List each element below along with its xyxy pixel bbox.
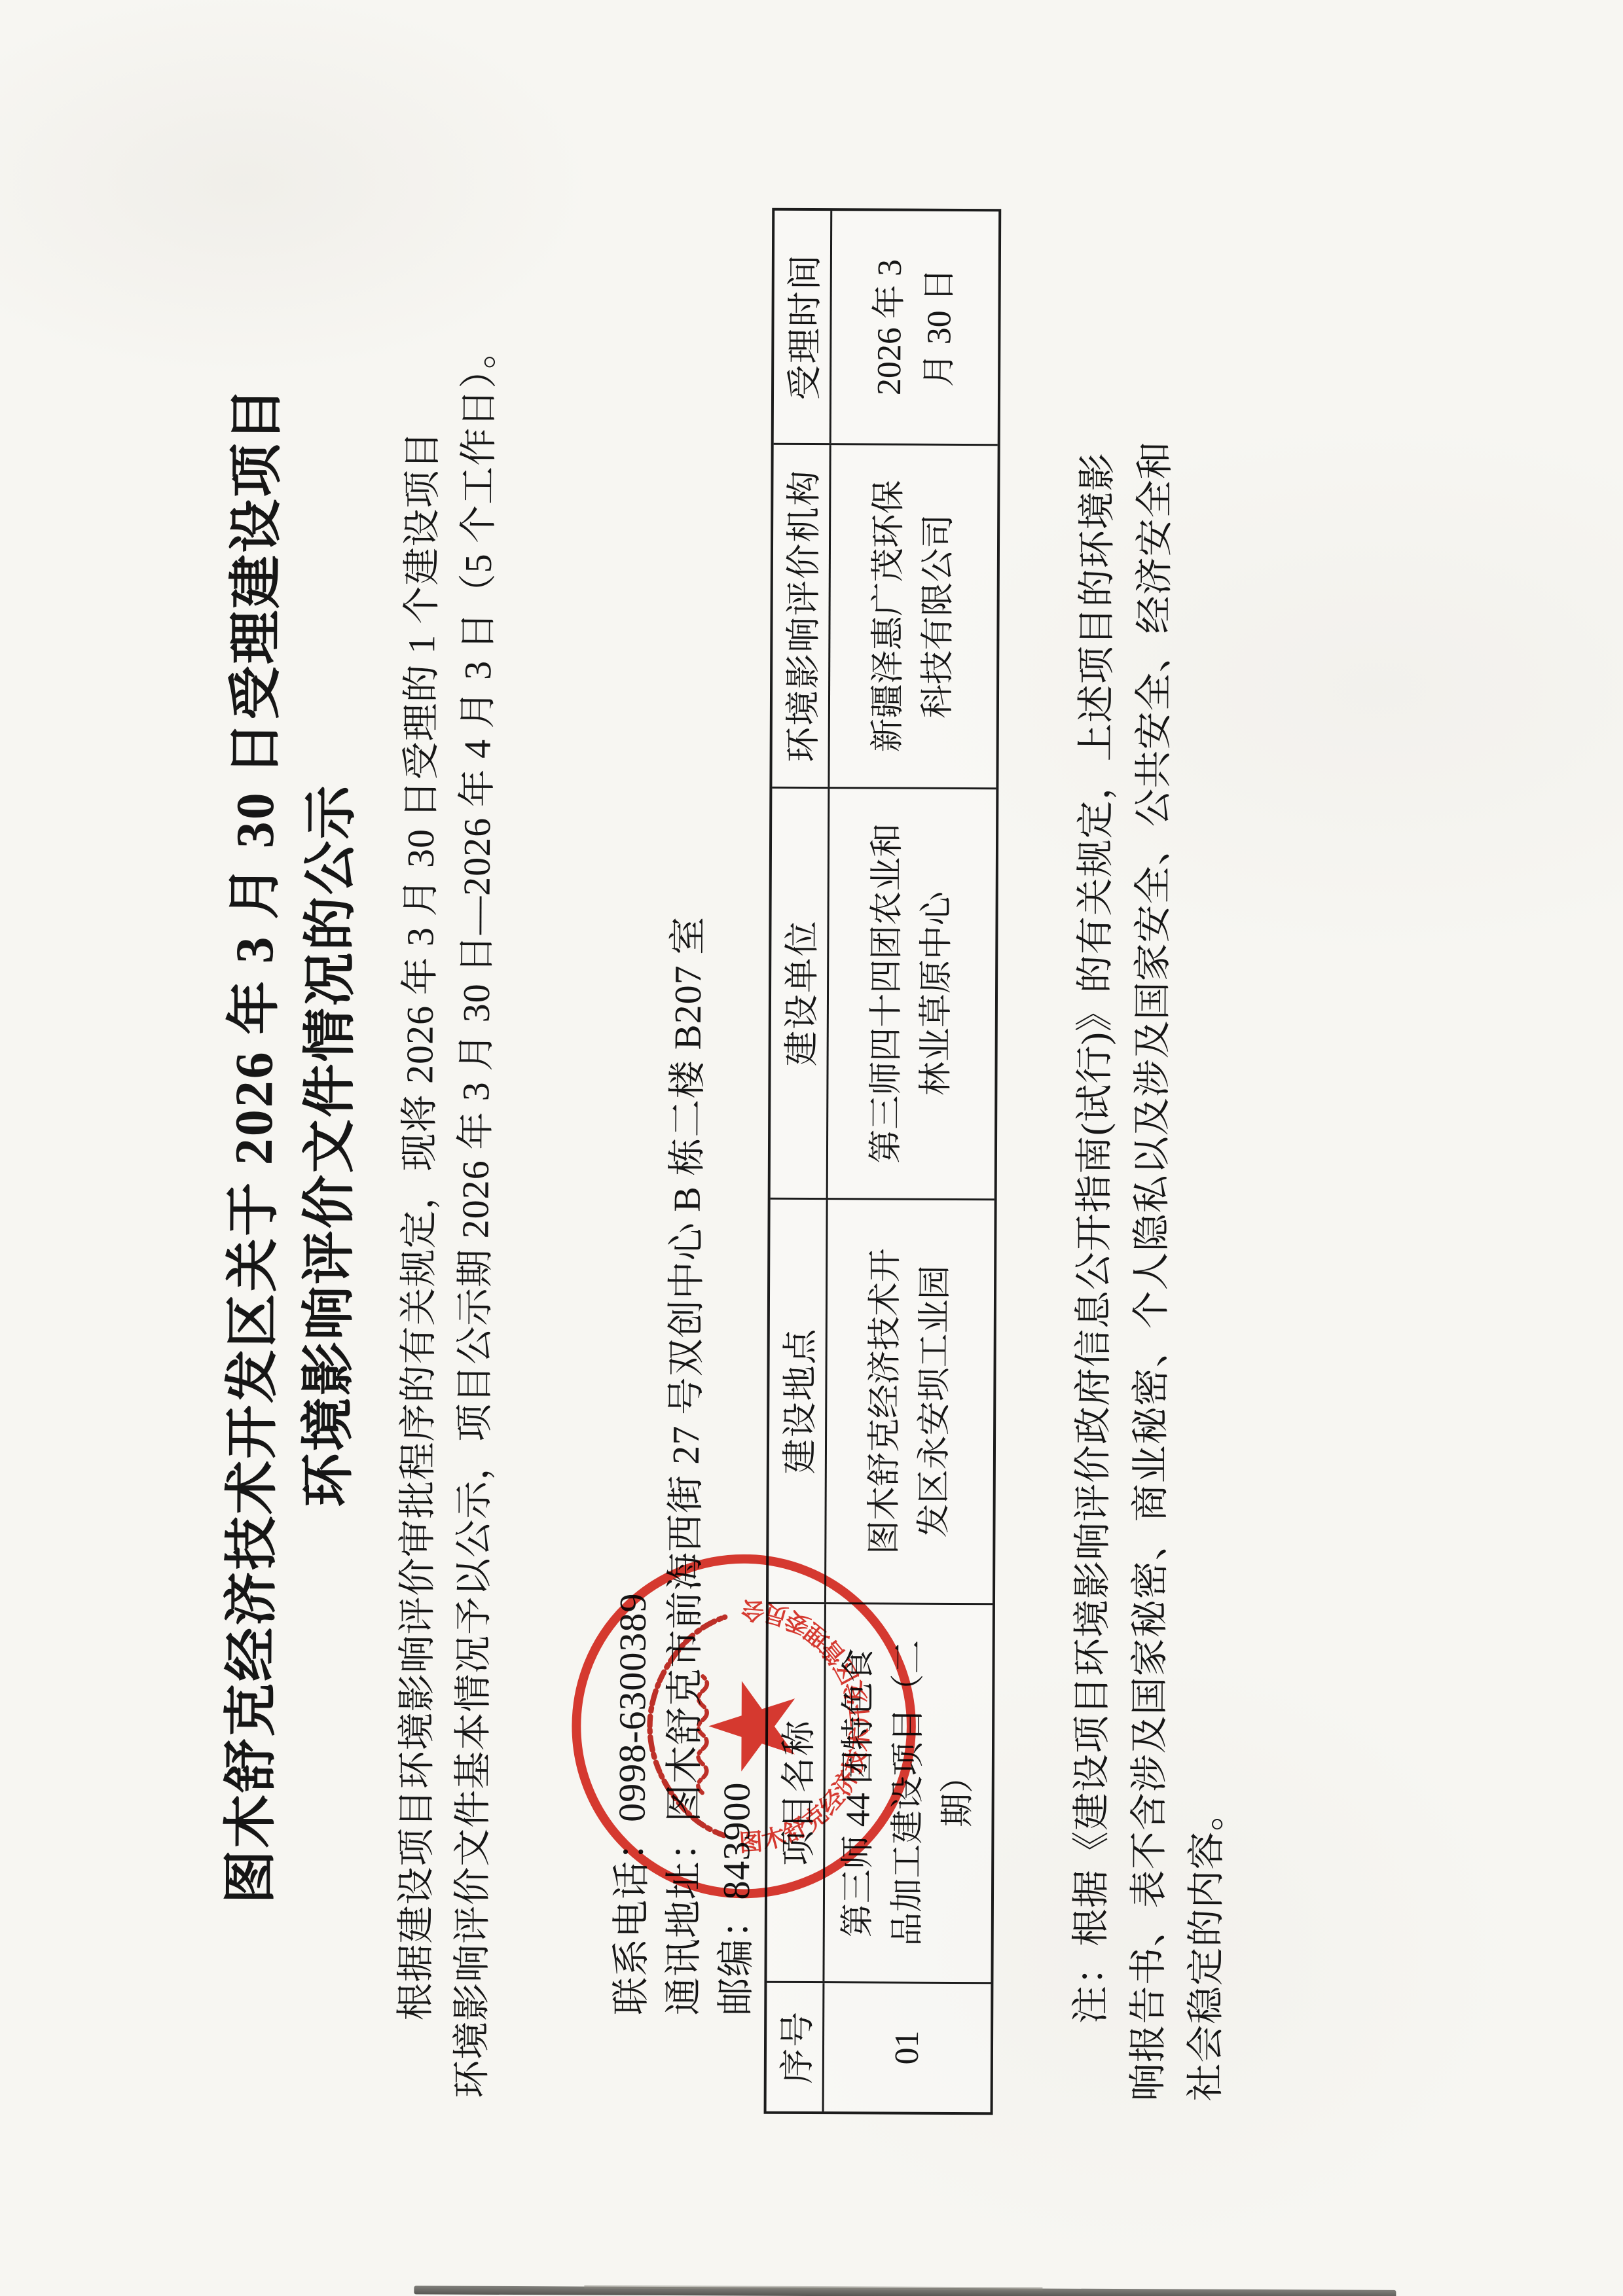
document-content: 图木舒克经济技术开发区关于 2026 年 3 月 30 日受理建设项目 环境影响…: [0, 0, 1623, 2296]
cell-line: 新疆泽惠广茂环保: [864, 480, 915, 752]
seal-script-line: [698, 1676, 707, 1793]
table-cell: 第三师四十四团农业和 林业草原中心: [828, 789, 996, 1198]
scanned-notice-page: { "doc": { "title_line1": "图木舒克经济技术开发区关于…: [0, 0, 1623, 2296]
table-cell: 2026 年 3 月 30 日: [831, 211, 999, 444]
cell-line: 第三师四十四团农业和: [862, 823, 913, 1164]
note-line1: 注：根据《建设项目环境影响评价政府信息公开指南(试行)》的有关规定，上述项目的环…: [1062, 177, 1128, 2101]
cell-line: 月 30 日: [915, 268, 965, 387]
cell-line: 2026 年 3: [865, 259, 915, 395]
notice-title-line1: 图木舒克经济技术开发区关于 2026 年 3 月 30 日受理建设项目: [206, 160, 291, 2130]
cell-line: 林业草原中心: [911, 891, 962, 1096]
table-cell: 新疆泽惠广茂环保 科技有限公司: [830, 445, 997, 787]
note-paragraph: 注：根据《建设项目环境影响评价政府信息公开指南(试行)》的有关规定，上述项目的环…: [1062, 177, 1243, 2102]
cell-line: 期）: [933, 1759, 983, 1827]
cell-line: 01: [883, 2030, 932, 2064]
note-line2: 响报告书、表不含涉及国家秘密、商业秘密、个人隐私以及涉及国家安全、公共安全、经济…: [1120, 177, 1186, 2101]
star-icon: [708, 1681, 795, 1772]
column-header: 序号: [767, 1982, 825, 2111]
body-paragraph: 根据建设项目环境影响评价审批程序的有关规定，现将 2026 年 3 月 30 日…: [388, 187, 509, 2098]
cell-line: 图木舒克经济技术开: [860, 1248, 911, 1554]
notice-title-line2: 环境影响评价文件情况的公示: [282, 160, 367, 2130]
table-column-builder: 建设单位 第三师四十四团农业和 林业草原中心: [771, 786, 996, 1198]
official-seal: 图木舒克经济技术开发区管理委员会: [561, 1543, 926, 1909]
table-column-index: 序号 01: [767, 1981, 991, 2112]
cell-line: 科技有限公司: [913, 514, 964, 718]
cell-line: 发区永安坝工业园: [909, 1265, 960, 1537]
table-column-acceptance-date: 受理时间 2026 年 3 月 30 日: [774, 211, 999, 444]
column-header: 环境影响评价机构: [772, 445, 831, 787]
note-line3: 社会稳定的内容。: [1177, 177, 1243, 2101]
column-header: 受理时间: [774, 211, 833, 443]
body-line2: 环境影响评价文件基本情况予以公示，项目公示期 2026 年 3 月 30 日—2…: [444, 187, 509, 2098]
table-cell: 图木舒克经济技术开 发区永安坝工业园: [826, 1200, 994, 1603]
table-column-eia-agency: 环境影响评价机构 新疆泽惠广茂环保 科技有限公司: [772, 443, 997, 787]
column-header: 建设单位: [771, 788, 830, 1198]
column-header: 建设地点: [769, 1200, 828, 1603]
rotated-document-canvas: 图木舒克经济技术开发区关于 2026 年 3 月 30 日受理建设项目 环境影响…: [0, 0, 1623, 2296]
table-column-location: 建设地点 图木舒克经济技术开 发区永安坝工业园: [769, 1198, 994, 1604]
body-line1: 根据建设项目环境影响评价审批程序的有关规定，现将 2026 年 3 月 30 日…: [388, 187, 452, 2098]
table-cell: 01: [824, 1983, 991, 2113]
